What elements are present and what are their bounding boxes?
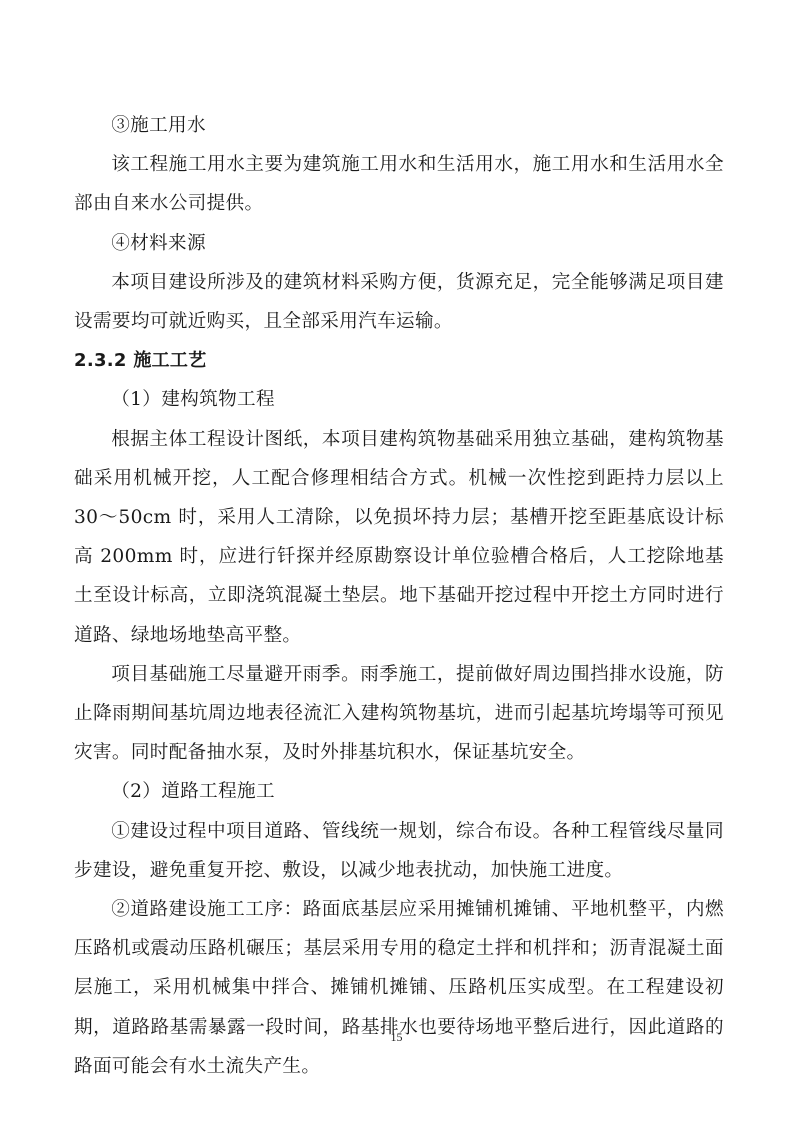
subheading-building-works: （1）建构筑物工程 [74,380,724,419]
subheading-road-works: （2）道路工程施工 [74,772,724,811]
subheading-material-source: ④材料来源 [74,224,724,263]
document-page: ③施工用水 该工程施工用水主要为建筑施工用水和生活用水，施工用水和生活用水全部由… [74,106,724,1086]
section-heading-construction-process: 2.3.2 施工工艺 [74,341,724,380]
paragraph-material-source: 本项目建设所涉及的建筑材料采购方便，货源充足，完全能够满足项目建设需要均可就近购… [74,263,724,341]
paragraph-construction-water: 该工程施工用水主要为建筑施工用水和生活用水，施工用水和生活用水全部由自来水公司提… [74,145,724,223]
paragraph-road-process: ②道路建设施工工序：路面底基层应采用摊铺机摊铺、平地机整平，内燃压路机或震动压路… [74,890,724,1086]
paragraph-rainy-season: 项目基础施工尽量避开雨季。雨季施工，提前做好周边围挡排水设施，防止降雨期间基坑周… [74,655,724,773]
paragraph-road-planning: ①建设过程中项目道路、管线统一规划，综合布设。各种工程管线尽量同步建设，避免重复… [74,812,724,890]
page-number: 15 [0,1030,793,1045]
paragraph-foundation: 根据主体工程设计图纸，本项目建构筑物基础采用独立基础，建构筑物基础采用机械开挖，… [74,420,724,655]
subheading-construction-water: ③施工用水 [74,106,724,145]
